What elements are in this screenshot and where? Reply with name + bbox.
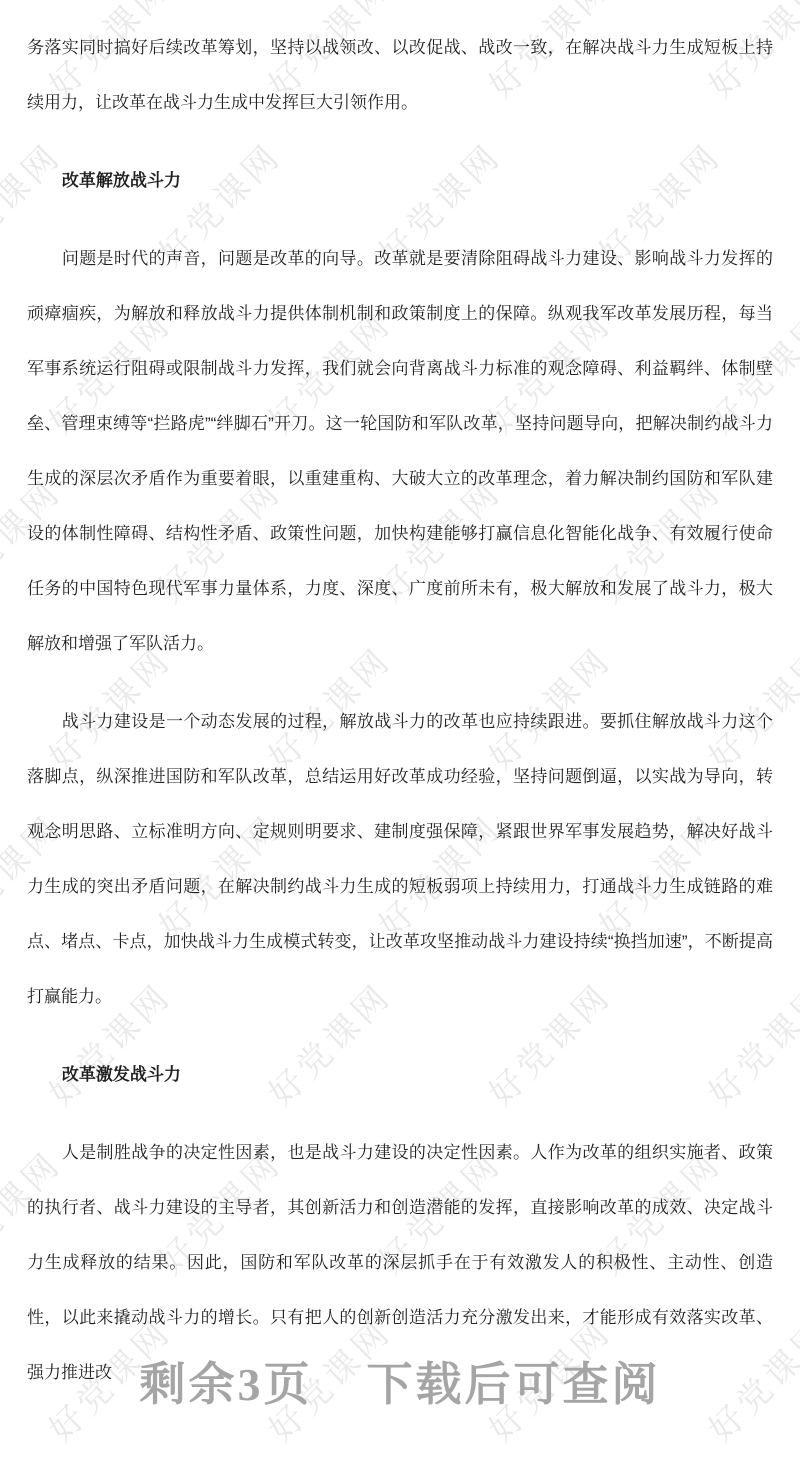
paragraph: 务落实同时搞好后续改革筹划，坚持以战领改、以改促战、战改一致，在解决战斗力生成短… xyxy=(27,20,773,130)
paragraph: 战斗力建设是一个动态发展的过程，解放战斗力的改革也应持续跟进。要抓住解放战斗力这… xyxy=(27,694,773,1024)
download-hint-label: 下载后可查阅 xyxy=(367,1359,661,1410)
document-page: 好党课网好党课网好党课网好党课网好党课网好党课网好党课网好党课网好党课网好党课网… xyxy=(0,0,800,1473)
paragraph: 问题是时代的声音，问题是改革的向导。改革就是要清除阻碍战斗力建设、影响战斗力发挥… xyxy=(27,231,773,671)
document-content: 务落实同时搞好后续改革筹划，坚持以战领改、以改促战、战改一致，在解决战斗力生成短… xyxy=(27,20,773,1423)
remaining-pages-label: 剩余3页 xyxy=(140,1359,313,1410)
page-footer: 剩余3页下载后可查阅 xyxy=(0,1348,800,1414)
section-heading: 改革激发战斗力 xyxy=(27,1047,773,1102)
section-heading: 改革解放战斗力 xyxy=(27,153,773,208)
